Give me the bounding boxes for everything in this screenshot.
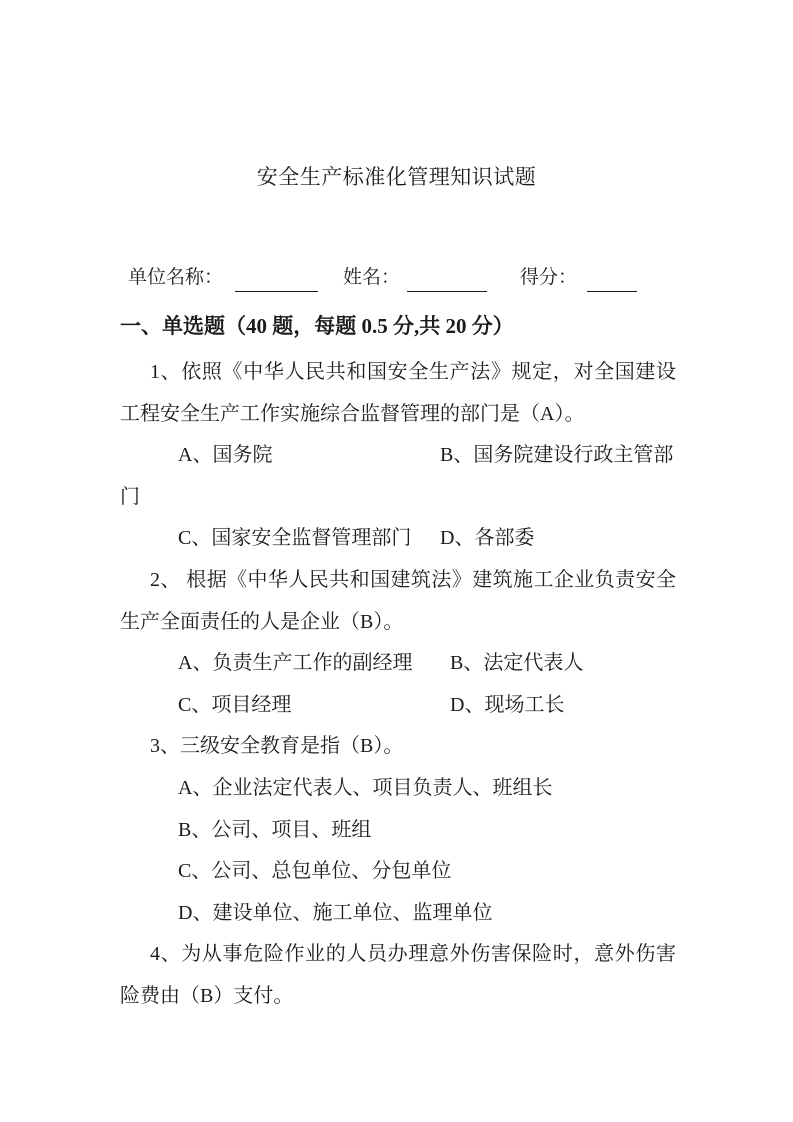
q2-option-a: A、负责生产工作的副经理	[178, 643, 450, 685]
unit-name-label: 单位名称：	[128, 265, 223, 291]
q3-stem-line1: 3、三级安全教育是指（B）。	[120, 726, 676, 768]
page-title: 安全生产标准化管理知识试题	[0, 164, 793, 190]
q2-options-row-cd: C、项目经理D、现场工长	[120, 685, 676, 727]
q2-option-c: C、项目经理	[178, 685, 450, 727]
q1-option-c: C、国家安全监督管理部门	[178, 518, 440, 560]
section-heading-single-choice: 一、单选题（40 题，每题 0.5 分,共 20 分）	[120, 313, 680, 339]
q3-option-a: A、企业法定代表人、项目负责人、班组长	[120, 768, 676, 810]
score-label: 得分：	[520, 265, 577, 291]
q2-options-row-ab: A、负责生产工作的副经理B、法定代表人	[120, 643, 676, 685]
header-fields: 单位名称： 姓名： 得分：	[0, 263, 793, 293]
q1-option-a: A、国务院	[178, 435, 440, 477]
q2-stem-line2: 生产全面责任的人是企业（B）。	[120, 602, 676, 644]
q1-stem-line1: 1、依照《中华人民共和国安全生产法》规定，对全国建设	[120, 352, 676, 394]
q3-option-c: C、公司、总包单位、分包单位	[120, 851, 676, 893]
q3-option-b: B、公司、项目、班组	[120, 810, 676, 852]
q2-stem-line1: 2、 根据《中华人民共和国建筑法》建筑施工企业负责安全	[120, 560, 676, 602]
q1-stem-line2: 工程安全生产工作实施综合监督管理的部门是（A）。	[120, 394, 676, 436]
name-blank[interactable]	[407, 265, 487, 292]
score-blank[interactable]	[587, 265, 637, 292]
q1-options-row-cd: C、国家安全监督管理部门D、各部委	[120, 518, 676, 560]
q1-option-d: D、各部委	[440, 527, 534, 549]
unit-name-blank[interactable]	[235, 265, 318, 292]
q2-option-b: B、法定代表人	[450, 652, 583, 674]
q1-option-b-wrap: 门	[120, 477, 676, 519]
questions-block: 1、依照《中华人民共和国安全生产法》规定，对全国建设 工程安全生产工作实施综合监…	[120, 352, 676, 1018]
q4-stem-line2: 险费由（B）支付。	[120, 976, 676, 1018]
exam-document-page: 安全生产标准化管理知识试题 单位名称： 姓名： 得分： 一、单选题（40 题，每…	[0, 0, 793, 1122]
name-label: 姓名：	[343, 265, 400, 291]
q1-option-b: B、国务院建设行政主管部	[440, 444, 673, 466]
q2-option-d: D、现场工长	[450, 694, 564, 716]
q4-stem-line1: 4、为从事危险作业的人员办理意外伤害保险时，意外伤害保	[120, 934, 676, 976]
q1-options-row-ab: A、国务院B、国务院建设行政主管部	[120, 435, 676, 477]
q3-option-d: D、建设单位、施工单位、监理单位	[120, 893, 676, 935]
